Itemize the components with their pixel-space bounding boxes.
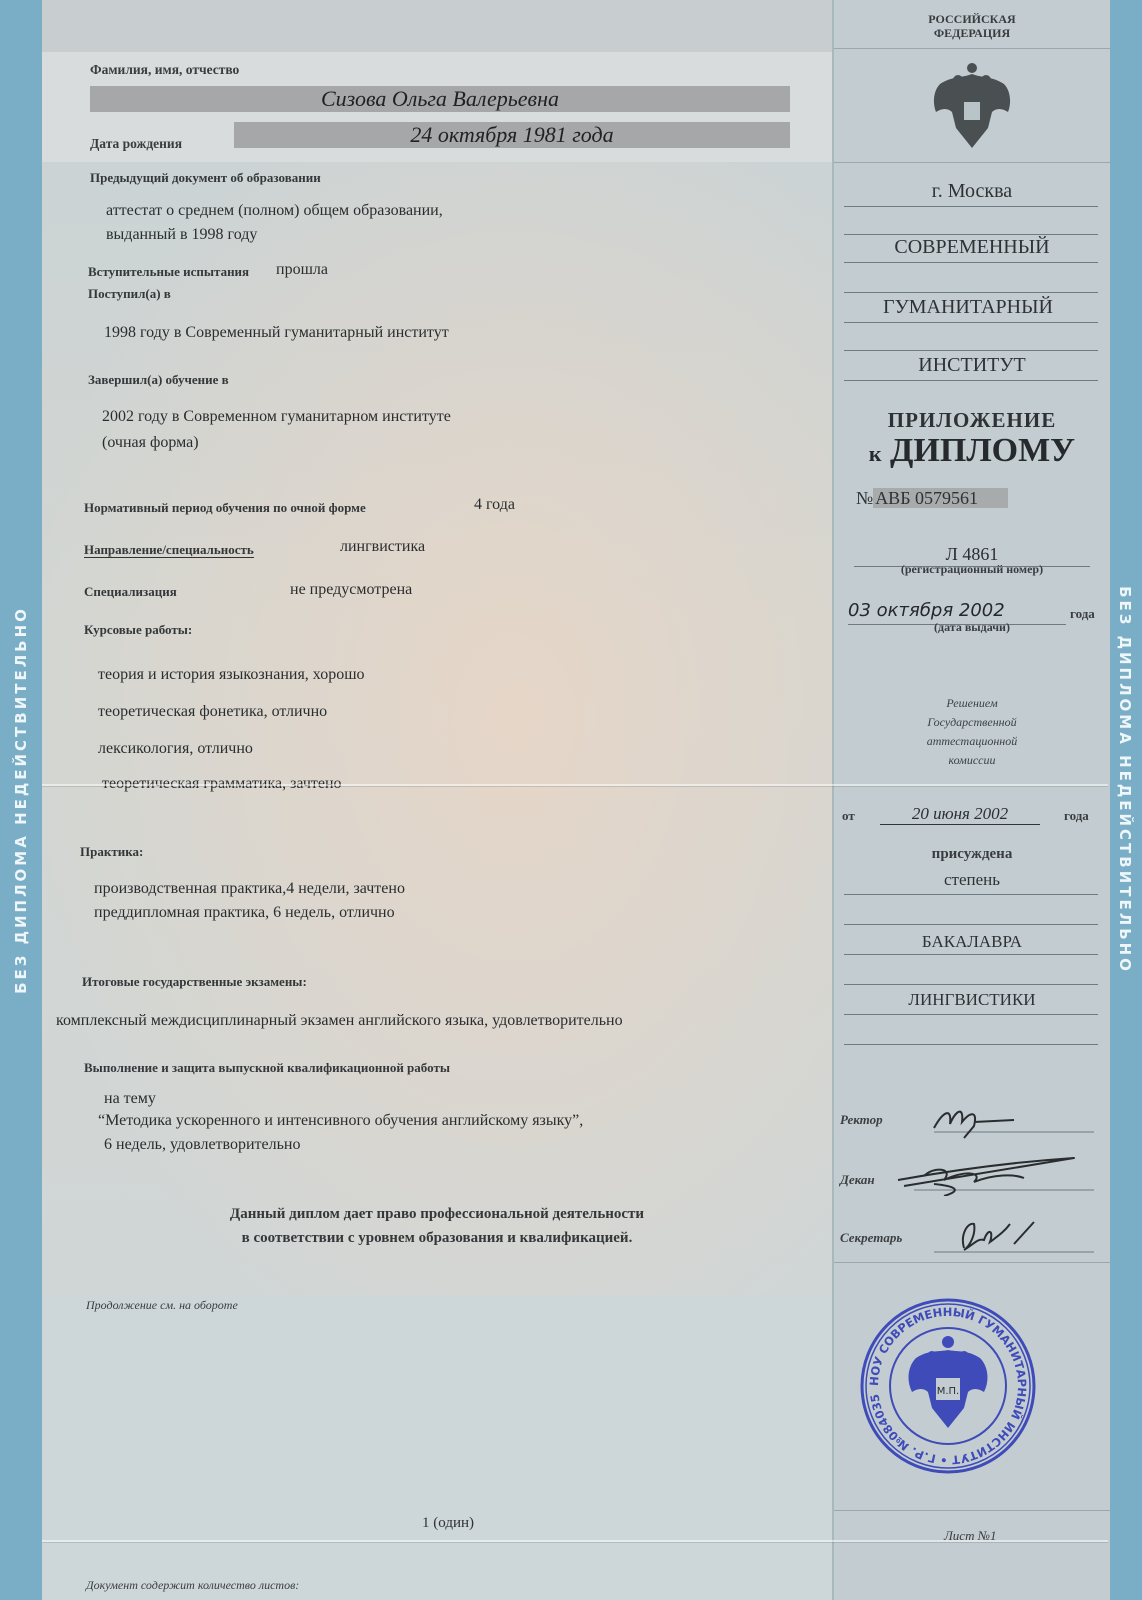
prev-doc-line1: аттестат о среднем (полном) общем образо… <box>106 202 443 220</box>
education-body: Предыдущий документ об образовании аттес… <box>42 162 832 1297</box>
dean-signature-icon <box>894 1156 1094 1196</box>
decision-line: Решением <box>834 694 1110 713</box>
field-line <box>844 1014 1098 1015</box>
country-line2: ФЕДЕРАЦИЯ <box>834 26 1110 40</box>
entrance-label: Вступительные испытания <box>88 264 249 280</box>
diploma-title: к ДИПЛОМУ <box>834 432 1110 470</box>
awarded-label: присуждена <box>834 846 1110 863</box>
divider <box>834 1510 1110 1511</box>
decision-text: Решением Государственной аттестационной … <box>834 694 1110 770</box>
admitted-value: 1998 году в Современный гуманитарный инс… <box>104 324 449 342</box>
stamp-center-text: М.П. <box>937 1386 960 1397</box>
rector-label: Ректор <box>840 1112 883 1128</box>
issue-date: 03 октября 2002 <box>848 600 1005 621</box>
specialization-label: Специализация <box>84 584 177 600</box>
field-line <box>844 954 1098 955</box>
commission-date-suffix: года <box>1064 808 1089 824</box>
institution-stamp-icon: НОУ СОВРЕМЕННЫЙ ГУМАНИТАРНЫЙ ИНСТИТУТ • … <box>858 1296 1038 1476</box>
thesis-label: Выполнение и защита выпускной квалификац… <box>84 1060 450 1076</box>
dean-label: Декан <box>840 1172 875 1188</box>
completed-line1: 2002 году в Современном гуманитарном инс… <box>102 408 451 426</box>
diploma-title-prefix: к <box>869 441 882 466</box>
registration-caption: (регистрационный номер) <box>834 562 1110 577</box>
supplement-title: ПРИЛОЖЕНИЕ <box>834 408 1110 433</box>
commission-date: 20 июня 2002 <box>880 804 1040 825</box>
top-strip <box>42 0 832 52</box>
period-label: Нормативный период обучения по очной фор… <box>84 500 366 516</box>
rector-signature-icon <box>894 1100 1094 1140</box>
field-line <box>844 924 1098 925</box>
fio-value: Сизова Ольга Валерьевна <box>90 86 790 112</box>
practice-item: преддипломная практика, 6 недель, отличн… <box>94 904 395 922</box>
issue-date-caption: (дата выдачи) <box>834 620 1110 635</box>
institution-line: ИНСТИТУТ <box>834 354 1110 377</box>
field-line <box>844 322 1098 323</box>
diploma-supplement-sheet: БЕЗ ДИПЛОМА НЕДЕЙСТВИТЕЛЬНО БЕЗ ДИПЛОМА … <box>0 0 1142 1600</box>
practice-item: производственная практика,4 недели, зачт… <box>94 880 405 898</box>
thesis-topic: “Методика ускоренного и интенсивного обу… <box>98 1112 583 1130</box>
divider <box>834 1262 1110 1263</box>
country-title: РОССИЙСКАЯ ФЕДЕРАЦИЯ <box>834 12 1110 40</box>
side-panel: РОССИЙСКАЯ ФЕДЕРАЦИЯ г. Москва СОВРЕМЕНН… <box>832 0 1110 1600</box>
main-column: Фамилия, имя, отчество Сизова Ольга Вале… <box>42 0 832 1600</box>
direction-value: лингвистика <box>340 538 425 556</box>
field-line <box>844 292 1098 293</box>
decision-line: аттестационной <box>834 732 1110 751</box>
left-security-band: БЕЗ ДИПЛОМА НЕДЕЙСТВИТЕЛЬНО <box>0 0 42 1600</box>
coursework-item: теория и история языкознания, хорошо <box>98 666 365 684</box>
fold-line <box>42 1540 1108 1542</box>
decision-line: комиссии <box>834 751 1110 770</box>
prev-doc-line2: выданный в 1998 году <box>106 226 257 244</box>
field-line <box>844 894 1098 895</box>
rights-line2: в соответствии с уровнем образования и к… <box>42 1230 832 1247</box>
degree-line: степень <box>834 870 1110 890</box>
thesis-line3: 6 недель, удовлетворительно <box>104 1136 300 1154</box>
practice-label: Практика: <box>80 844 143 860</box>
direction-label: Направление/специальность <box>84 542 254 558</box>
serial-prefix: № <box>856 488 873 508</box>
fold-line <box>42 784 1108 786</box>
footer-box <box>42 1297 832 1600</box>
field-line <box>844 206 1098 207</box>
admitted-label: Поступил(а) в <box>88 286 171 302</box>
completed-label: Завершил(а) обучение в <box>88 372 229 388</box>
dob-value: 24 октября 1981 года <box>234 122 790 148</box>
degree-line: ЛИНГВИСТИКИ <box>834 990 1110 1010</box>
divider <box>834 48 1110 49</box>
dob-label: Дата рождения <box>90 136 182 152</box>
sheets-count: 1 (один) <box>422 1515 474 1532</box>
field-line <box>844 262 1098 263</box>
right-security-band: БЕЗ ДИПЛОМА НЕДЕЙСТВИТЕЛЬНО <box>1108 0 1142 1600</box>
institution-line: ГУМАНИТАРНЫЙ <box>830 296 1106 319</box>
prev-doc-label: Предыдущий документ об образовании <box>90 170 321 186</box>
doc-contains-label: Документ содержит количество листов: <box>86 1578 299 1593</box>
exams-label: Итоговые государственные экзамены: <box>82 974 307 990</box>
left-band-text: БЕЗ ДИПЛОМА НЕДЕЙСТВИТЕЛЬНО <box>12 606 30 994</box>
decision-line: Государственной <box>834 713 1110 732</box>
country-line1: РОССИЙСКАЯ <box>834 12 1110 26</box>
institution-line: СОВРЕМЕННЫЙ <box>834 236 1110 259</box>
specialization-value: не предусмотрена <box>290 581 412 599</box>
continuation-note: Продолжение см. на обороте <box>86 1298 238 1313</box>
secretary-label: Секретарь <box>840 1230 902 1246</box>
right-band-text: БЕЗ ДИПЛОМА НЕДЕЙСТВИТЕЛЬНО <box>1116 586 1134 974</box>
coursework-item: теоретическая фонетика, отлично <box>98 703 327 721</box>
field-line <box>844 984 1098 985</box>
degree-line: БАКАЛАВРА <box>834 932 1110 952</box>
exam-item: комплексный междисциплинарный экзамен ан… <box>56 1012 623 1030</box>
diploma-title-word: ДИПЛОМУ <box>890 432 1075 469</box>
direction-label-text: Направление/специальность <box>84 542 254 558</box>
coursework-item: лексикология, отлично <box>98 740 253 758</box>
rights-line1: Данный диплом дает право профессионально… <box>42 1206 832 1223</box>
serial-value: АВБ 0579561 <box>873 488 1008 508</box>
field-line <box>844 1044 1098 1045</box>
from-label: от <box>842 808 855 824</box>
serial-number: №АВБ 0579561 <box>856 488 1008 509</box>
field-line <box>844 234 1098 235</box>
coat-of-arms-icon <box>922 58 1022 158</box>
secretary-signature-icon <box>894 1214 1094 1254</box>
coursework-label: Курсовые работы: <box>84 622 192 638</box>
field-line <box>844 380 1098 381</box>
thesis-line1: на тему <box>104 1090 156 1108</box>
field-line <box>844 350 1098 351</box>
completed-line2: (очная форма) <box>102 434 199 452</box>
fio-label: Фамилия, имя, отчество <box>90 62 239 78</box>
entrance-value: прошла <box>276 261 328 279</box>
divider <box>834 162 1110 163</box>
city: г. Москва <box>834 180 1110 203</box>
period-value: 4 года <box>474 496 515 514</box>
